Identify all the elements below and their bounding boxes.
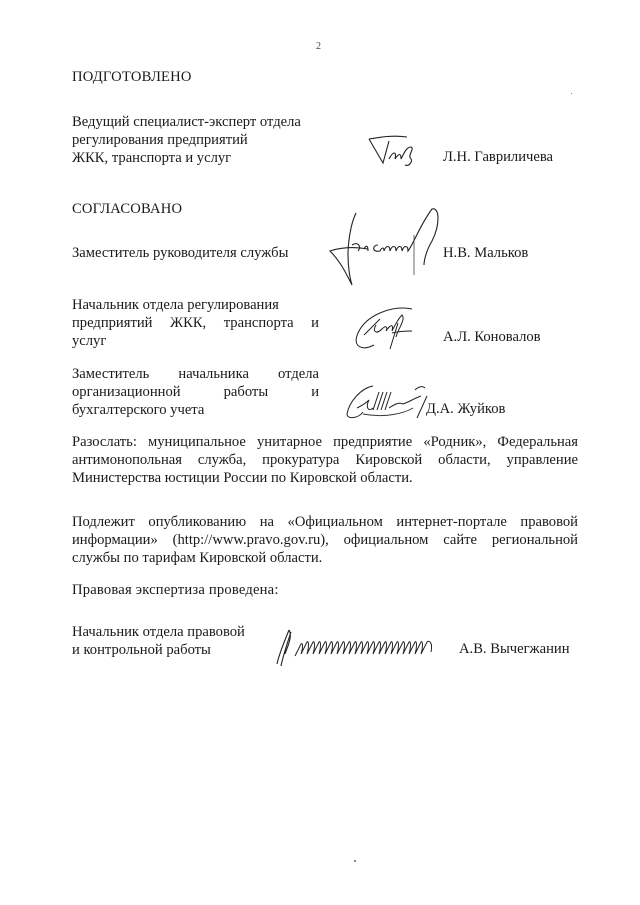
publication-line: информации» (http://www.pravo.gov.ru), о… (72, 531, 578, 549)
agreed-heading: СОГЛАСОВАНО (72, 200, 182, 218)
signature-malkov-icon (328, 205, 448, 287)
position-line: ЖКК, транспорта и услуг (72, 149, 319, 167)
signer-name: Д.А. Жуйков (426, 400, 505, 418)
publication-line: службы по тарифам Кировской области. (72, 549, 578, 567)
signature-gavrilicheva-icon (367, 133, 437, 169)
position-line: Заместитель руководителя службы (72, 244, 319, 262)
publication-note: Подлежит опубликованию на «Официальном и… (72, 513, 578, 567)
position-line: регулирования предприятий (72, 131, 319, 149)
position-line: предприятий ЖКК, транспорта и (72, 314, 319, 332)
signer-name: А.В. Вычегжанин (459, 640, 570, 658)
position-line: услуг (72, 332, 319, 350)
signer-name: Н.В. Мальков (443, 244, 528, 262)
prepared-signer-position: Ведущий специалист-эксперт отдела регули… (72, 113, 319, 167)
legal-review-heading: Правовая экспертиза проведена: (72, 581, 279, 599)
position-line: Ведущий специалист-эксперт отдела (72, 113, 319, 131)
agreed-signer-position: Заместитель начальника отдела организаци… (72, 365, 319, 419)
scan-speck (354, 860, 356, 862)
position-line: Заместитель начальника отдела (72, 365, 319, 383)
scan-speck (571, 93, 572, 94)
publication-line: Подлежит опубликованию на «Официальном и… (72, 513, 578, 531)
agreed-signer-position: Начальник отдела регулирования предприят… (72, 296, 319, 350)
distribution-line: антимонопольная служба, прокуратура Киро… (72, 451, 578, 469)
position-line: организационной работы и (72, 383, 319, 401)
signature-vychegzhanin-icon (273, 626, 443, 668)
signer-name: А.Л. Коновалов (443, 328, 541, 346)
signature-konovalov-icon (352, 305, 424, 353)
prepared-heading: ПОДГОТОВЛЕНО (72, 68, 192, 86)
agreed-signer-position: Заместитель руководителя службы (72, 244, 319, 262)
position-line: бухгалтерского учета (72, 401, 319, 419)
distribution-line: Разослать: муниципальное унитарное предп… (72, 433, 578, 451)
distribution-line: Министерства юстиции России по Кировской… (72, 469, 578, 487)
position-line: Начальник отдела регулирования (72, 296, 319, 314)
signer-name: Л.Н. Гавриличева (443, 148, 553, 166)
distribution-list: Разослать: муниципальное унитарное предп… (72, 433, 578, 487)
page-number: 2 (316, 38, 321, 56)
